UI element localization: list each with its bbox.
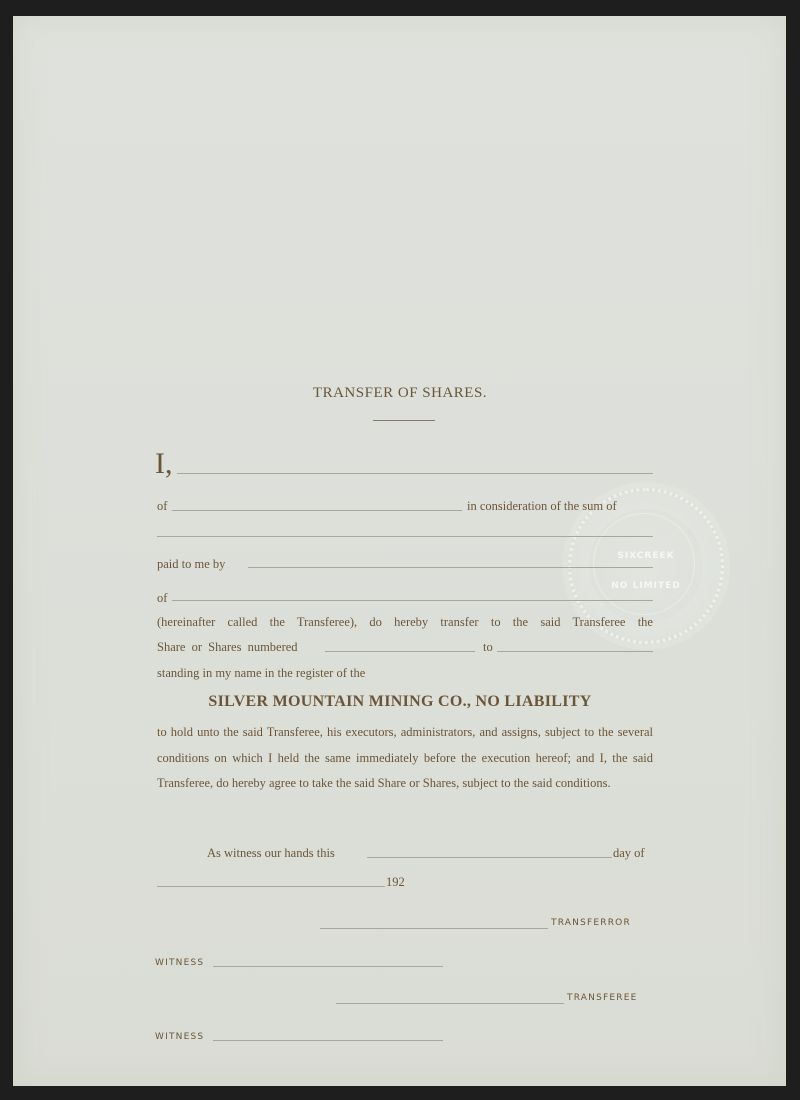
to-label: to bbox=[483, 640, 493, 655]
company-name: SILVER MOUNTAIN MINING CO., NO LIABILITY bbox=[0, 693, 800, 711]
transferror-label: Transferror bbox=[551, 918, 631, 928]
day-of-label: day of bbox=[613, 846, 645, 861]
seal-text-bottom: NO LIMITED bbox=[571, 581, 721, 591]
conditions-paragraph: to hold unto the said Transferee, his ex… bbox=[157, 720, 653, 797]
shares-numbered-label: Share or Shares numbered bbox=[157, 640, 298, 655]
of-label-1: of bbox=[157, 499, 167, 514]
transferror-name-field[interactable] bbox=[177, 473, 653, 474]
share-number-from-field[interactable] bbox=[325, 651, 475, 652]
witness-hands-text: As witness our hands this bbox=[207, 846, 335, 861]
witness-1-signature-field[interactable] bbox=[213, 966, 443, 967]
standing-text: standing in my name in the register of t… bbox=[157, 666, 365, 681]
paid-by-label: paid to me by bbox=[157, 557, 225, 572]
transferee-name-field[interactable] bbox=[248, 567, 653, 568]
witness-2-label: Witness bbox=[155, 1032, 204, 1042]
transferee-address-field[interactable] bbox=[172, 600, 653, 601]
month-field[interactable] bbox=[157, 886, 385, 887]
consideration-text: in consideration of the sum of bbox=[467, 499, 617, 514]
transferror-signature-field[interactable] bbox=[320, 928, 548, 929]
perforated-edge bbox=[13, 13, 786, 19]
title-divider bbox=[373, 420, 435, 421]
document-title: TRANSFER OF SHARES. bbox=[0, 385, 800, 402]
seal-text-top: SIXCREEK bbox=[571, 551, 721, 561]
transferee-signature-field[interactable] bbox=[336, 1003, 564, 1004]
day-field[interactable] bbox=[367, 857, 612, 858]
of-label-2: of bbox=[157, 591, 167, 606]
transferee-clause: (hereinafter called the Transferee), do … bbox=[157, 615, 653, 630]
transferee-label: Transferee bbox=[567, 993, 637, 1003]
witness-2-signature-field[interactable] bbox=[213, 1040, 443, 1041]
sum-field[interactable] bbox=[157, 536, 653, 537]
year-prefix: 192 bbox=[386, 875, 405, 890]
share-number-to-field[interactable] bbox=[497, 651, 653, 652]
transferror-address-field[interactable] bbox=[172, 510, 462, 511]
opening-i: I, bbox=[155, 447, 173, 481]
witness-1-label: Witness bbox=[155, 958, 204, 968]
